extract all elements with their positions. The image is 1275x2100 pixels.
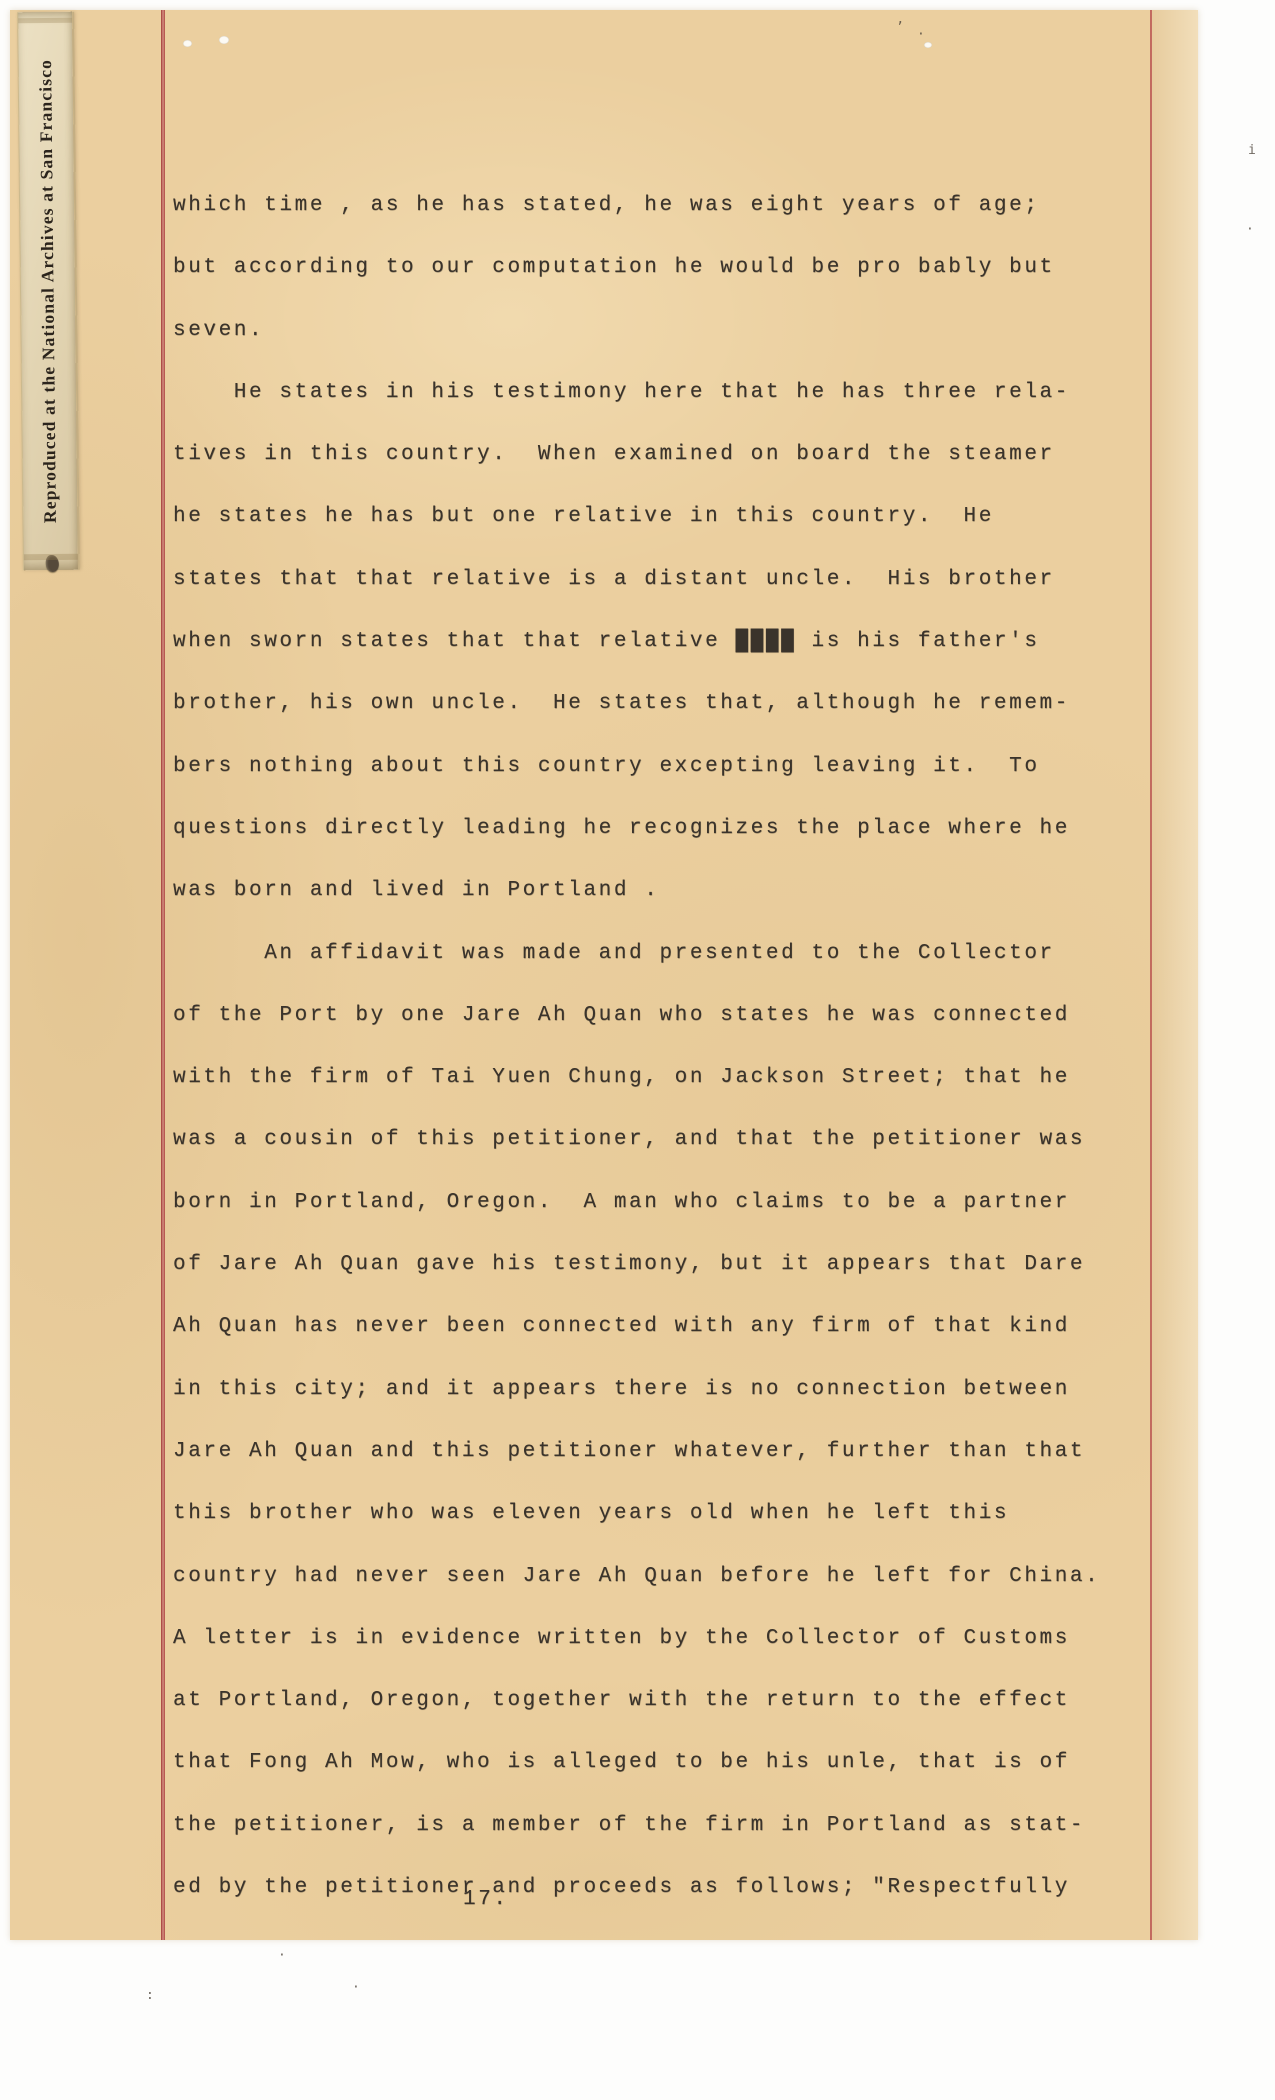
typed-line: when sworn states that that relative ███…	[173, 630, 1100, 692]
typed-line: that Fong Ah Mow, who is alleged to be h…	[173, 1751, 1100, 1813]
ink-speck: :	[146, 1988, 154, 2003]
typed-line: tives in this country. When examined on …	[173, 443, 1100, 505]
typed-line: A letter is in evidence written by the C…	[173, 1627, 1100, 1689]
typed-line: An affidavit was made and presented to t…	[173, 942, 1100, 1004]
typed-line: Ah Quan has never been connected with an…	[173, 1315, 1100, 1377]
typed-line: the petitioner, is a member of the firm …	[173, 1814, 1100, 1876]
ink-speck: ·	[1246, 222, 1254, 237]
typed-line: country had never seen Jare Ah Quan befo…	[173, 1565, 1100, 1627]
typed-line: ed by the petitioner and proceeds as fol…	[173, 1876, 1100, 1938]
typed-line: at Portland, Oregon, together with the r…	[173, 1689, 1100, 1751]
paper-hole	[183, 40, 192, 47]
typed-line: questions directly leading he recognizes…	[173, 817, 1100, 879]
right-margin-rule	[1150, 10, 1152, 1940]
typed-line: He states in his testimony here that he …	[173, 381, 1100, 443]
ink-speck: ’	[896, 20, 904, 35]
typed-line: of Jare Ah Quan gave his testimony, but …	[173, 1253, 1100, 1315]
left-margin-rule	[161, 10, 165, 1940]
typed-line: this brother who was eleven years old wh…	[173, 1502, 1100, 1564]
document-page: which time , as he has stated, he was ei…	[10, 10, 1198, 1940]
typed-line: was a cousin of this petitioner, and tha…	[173, 1128, 1100, 1190]
page-number: 17.	[463, 1888, 509, 1911]
paper-hole	[924, 42, 932, 48]
typed-line: in this city; and it appears there is no…	[173, 1378, 1100, 1440]
typed-line: states that that relative is a distant u…	[173, 568, 1100, 630]
typed-line: seven.	[173, 319, 1100, 381]
archive-stamp-label: Reproduced at the National Archives at S…	[35, 59, 61, 523]
typed-line: he states he has but one relative in thi…	[173, 505, 1100, 567]
typed-line: born in Portland, Oregon. A man who clai…	[173, 1191, 1100, 1253]
typed-text-block: which time , as he has stated, he was ei…	[173, 194, 1100, 1938]
typed-line: was born and lived in Portland .	[173, 879, 1100, 941]
typed-line: but according to our computation he woul…	[173, 256, 1100, 318]
typed-line: bers nothing about this country exceptin…	[173, 755, 1100, 817]
ink-speck: ·	[917, 27, 925, 42]
typed-line: of the Port by one Jare Ah Quan who stat…	[173, 1004, 1100, 1066]
typed-line: which time , as he has stated, he was ei…	[173, 194, 1100, 256]
ink-speck: ·	[278, 1948, 286, 1963]
scanned-document: which time , as he has stated, he was ei…	[0, 0, 1275, 2100]
typed-line: brother, his own uncle. He states that, …	[173, 692, 1100, 754]
archival-tape-strip: Reproduced at the National Archives at S…	[17, 12, 80, 571]
typed-line: with the firm of Tai Yuen Chung, on Jack…	[173, 1066, 1100, 1128]
ink-speck: i	[1248, 143, 1256, 158]
paper-hole	[219, 36, 229, 44]
tape-tack-mark	[46, 555, 59, 572]
typed-line: Jare Ah Quan and this petitioner whateve…	[173, 1440, 1100, 1502]
ink-speck: ·	[352, 1980, 360, 1995]
